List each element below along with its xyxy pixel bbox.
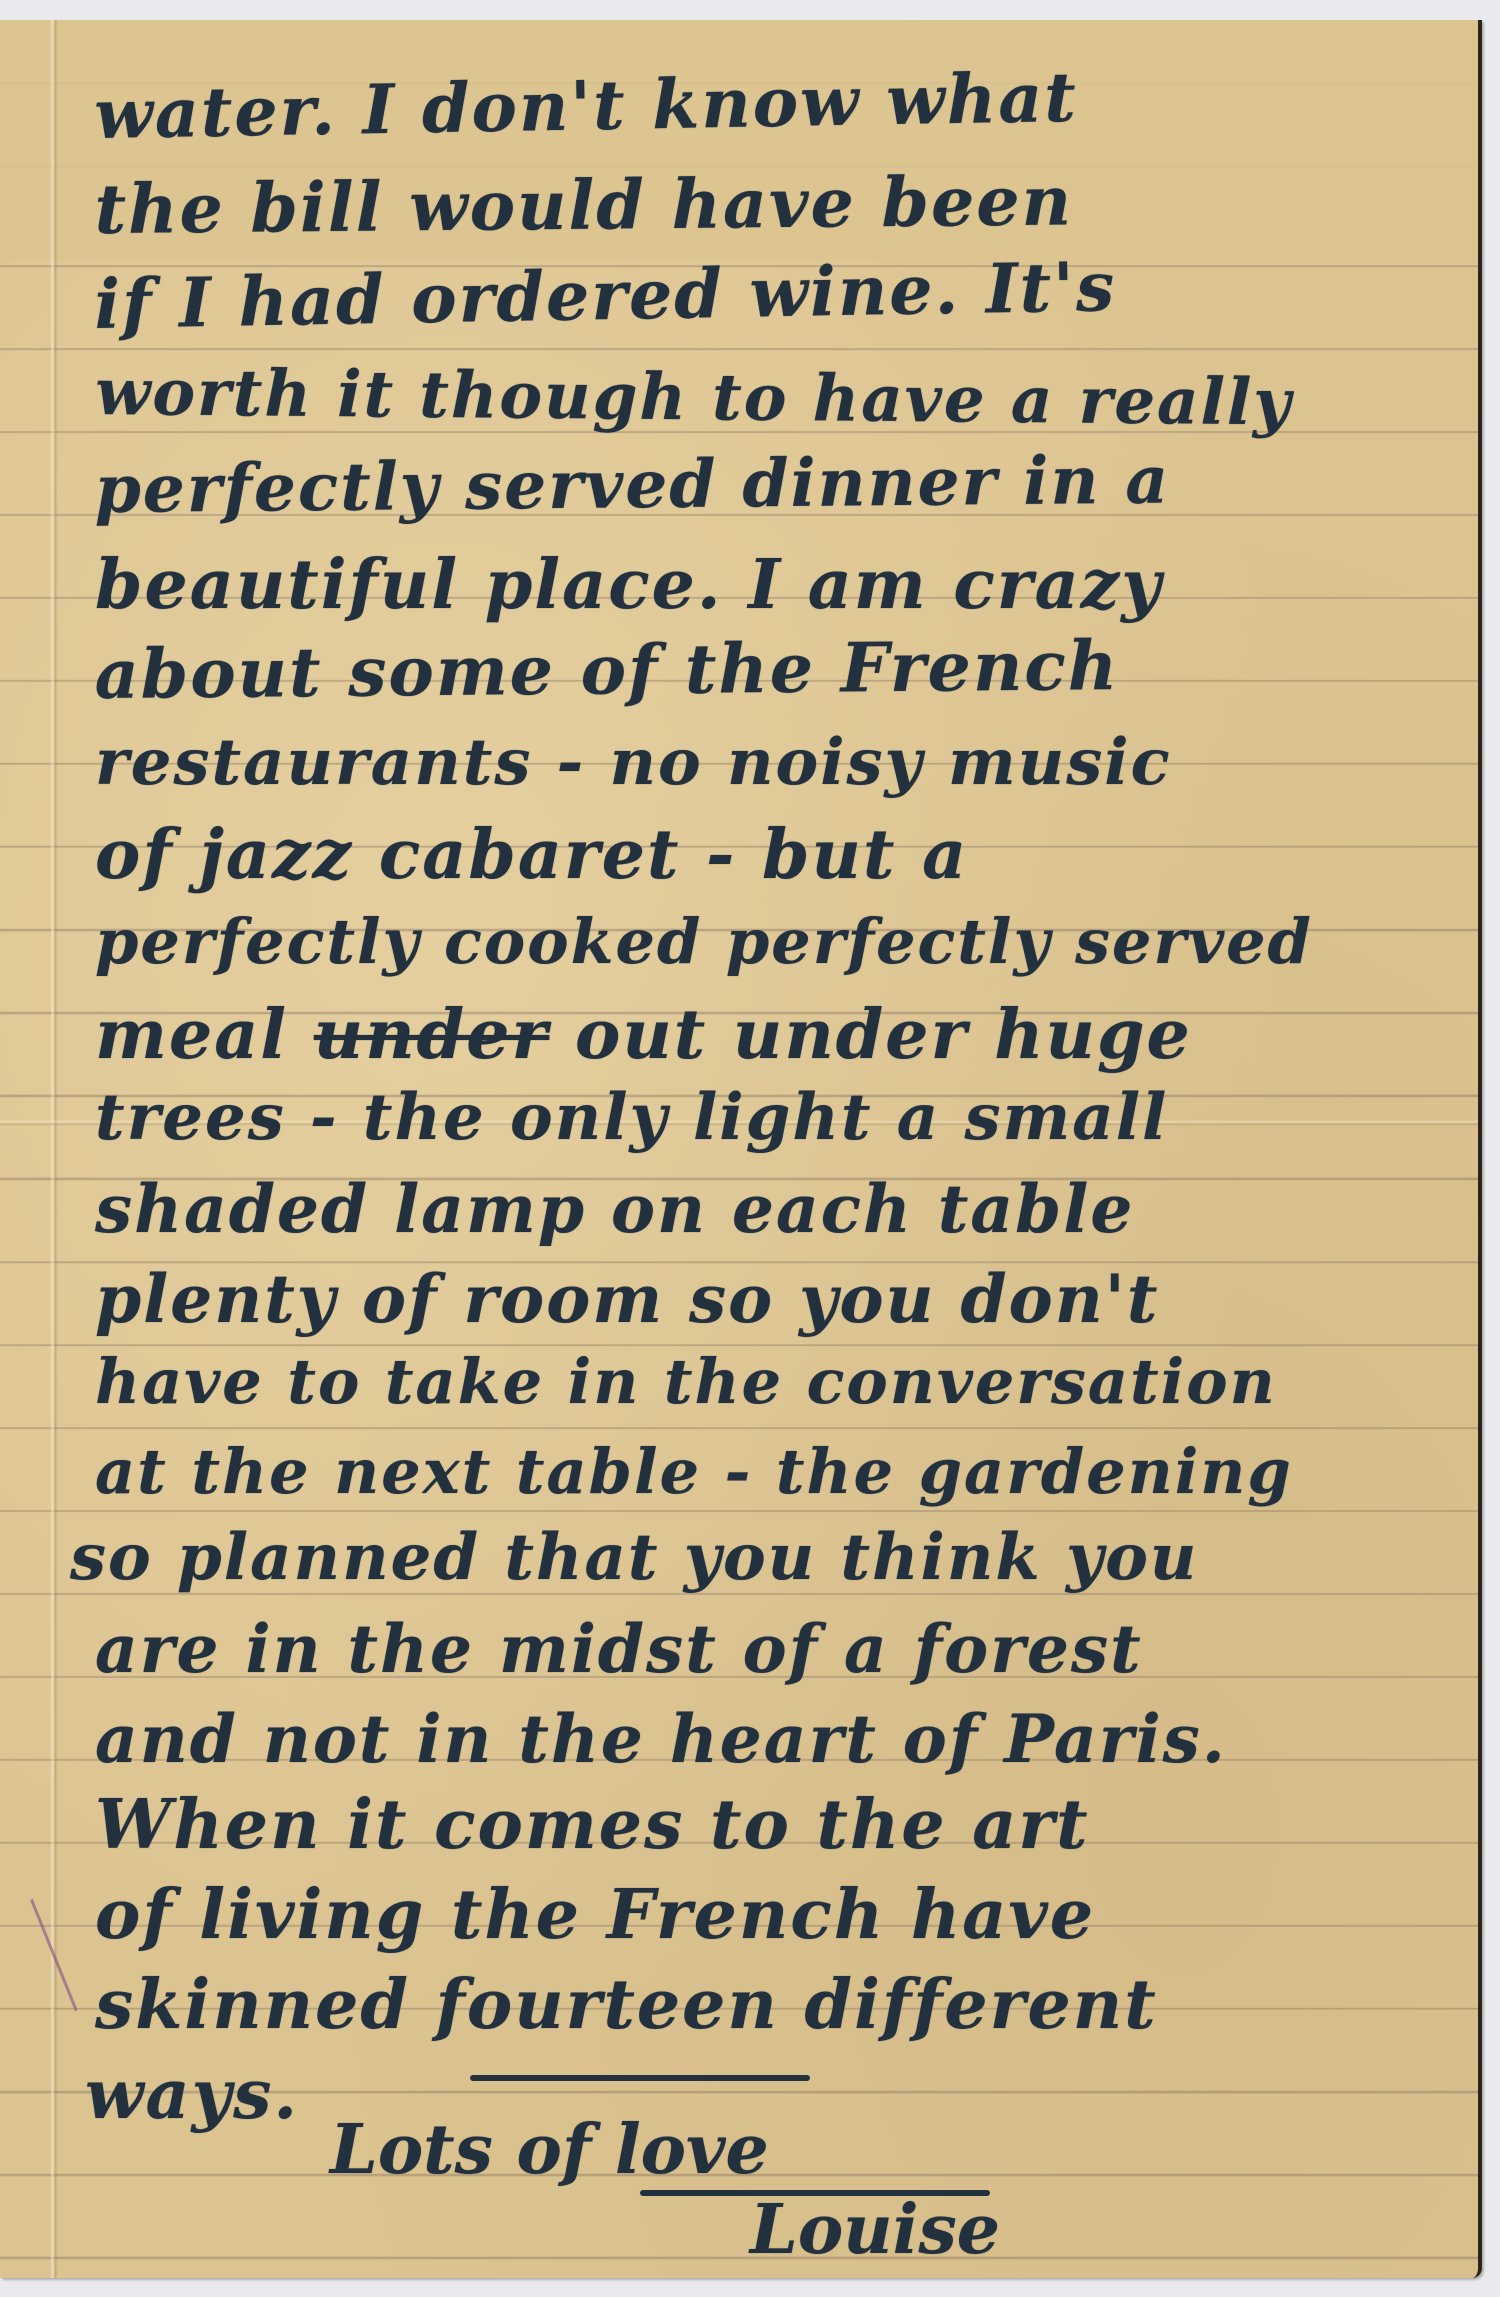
struck-out-word: under (314, 995, 550, 1075)
scanned-letter: water. I don't know what the bill would … (0, 0, 1500, 2297)
letter-line-15: have to take in the conversation (95, 1345, 1277, 1418)
letter-line-22: skinned fourteen different (95, 1965, 1158, 2045)
closing-stroke (470, 2075, 810, 2081)
letter-line-5: perfectly served dinner in a (94, 441, 1170, 528)
letter-words-out-under-huge: out under huge (575, 995, 1192, 1075)
letter-word-meal: meal (95, 995, 288, 1075)
letter-line-23: ways. (85, 2055, 299, 2135)
letter-line-8: restaurants - no noisy music (95, 725, 1172, 800)
letter-signature: Louise (750, 2190, 1000, 2270)
letter-line-17: so planned that you think you (70, 1520, 1198, 1595)
letter-closing: Lots of love (330, 2110, 769, 2190)
letter-line-11: meal under out under huge (95, 995, 1192, 1075)
letter-line-19: and not in the heart of Paris. (95, 1700, 1227, 1778)
letter-line-18: are in the midst of a forest (95, 1610, 1143, 1688)
letter-line-4: worth it though to have a really (95, 355, 1293, 440)
letter-line-12: trees - the only light a small (95, 1080, 1168, 1155)
letter-line-9: of jazz cabaret - but a (95, 815, 968, 895)
letter-line-10: perfectly cooked perfectly served (95, 905, 1313, 978)
vertical-fold-crease (50, 20, 58, 2278)
letter-line-20: When it comes to the art (95, 1785, 1090, 1865)
letter-line-6: beautiful place. I am crazy (95, 545, 1163, 625)
letter-line-3: if I had ordered wine. It's (94, 247, 1117, 345)
letter-line-16: at the next table - the gardening (95, 1435, 1293, 1508)
letter-line-2: the bill would have been (94, 161, 1073, 250)
letter-line-21: of living the French have (95, 1875, 1095, 1955)
letter-page: water. I don't know what the bill would … (0, 20, 1482, 2278)
letter-line-14: plenty of room so you don't (95, 1260, 1159, 1338)
letter-line-13: shaded lamp on each table (95, 1170, 1134, 1248)
letter-line-7: about some of the French (94, 626, 1119, 715)
